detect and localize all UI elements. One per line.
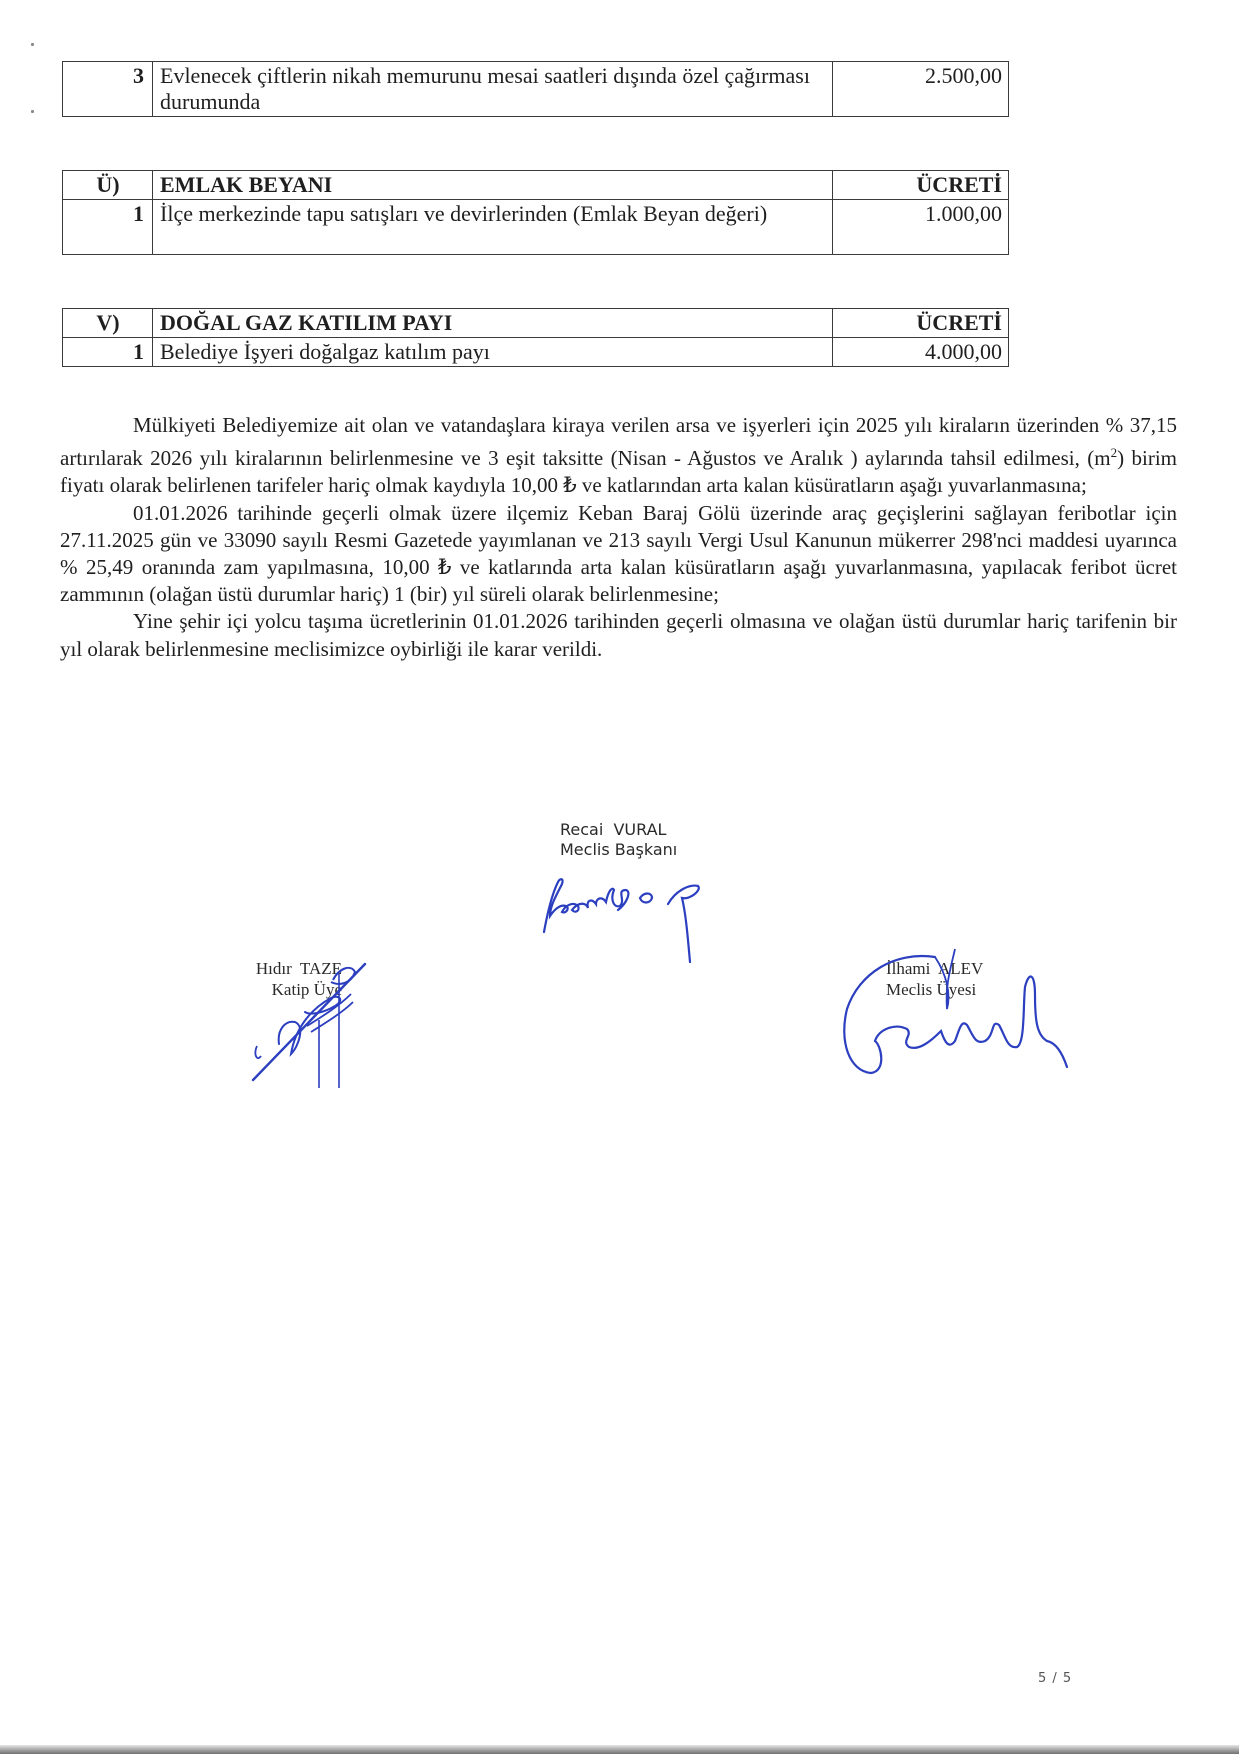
fee-table-continuation: 3 Evlenecek çiftlerin nikah memurunu mes… bbox=[62, 61, 1009, 117]
row-fee: 4.000,00 bbox=[833, 338, 1009, 367]
section-letter: Ü) bbox=[63, 171, 153, 200]
row-number: 3 bbox=[63, 62, 153, 117]
paragraph-ferry-fee: 01.01.2026 tarihinde geçerli olmak üzere… bbox=[60, 500, 1177, 609]
paragraph-rent-increase: Mülkiyeti Belediyemize ait olan ve vatan… bbox=[60, 412, 1177, 500]
row-description: Evlenecek çiftlerin nikah memurunu mesai… bbox=[153, 62, 833, 117]
signatory-name: Recai VURAL bbox=[560, 820, 677, 840]
document-page: 3 Evlenecek çiftlerin nikah memurunu mes… bbox=[0, 0, 1239, 1754]
decision-text: Mülkiyeti Belediyemize ait olan ve vatan… bbox=[60, 412, 1177, 663]
table-header-row: Ü) EMLAK BEYANI ÜCRETİ bbox=[63, 171, 1009, 200]
section-title: EMLAK BEYANI bbox=[153, 171, 833, 200]
fee-column-header: ÜCRETİ bbox=[833, 171, 1009, 200]
table-row: 1 İlçe merkezinde tapu satışları ve devi… bbox=[63, 200, 1009, 255]
section-letter: V) bbox=[63, 309, 153, 338]
table-header-row: V) DOĞAL GAZ KATILIM PAYI ÜCRETİ bbox=[63, 309, 1009, 338]
scan-speck-mark bbox=[31, 110, 34, 113]
signatory-title: Meclis Başkanı bbox=[560, 840, 677, 860]
row-number: 1 bbox=[63, 338, 153, 367]
page-number: 5 / 5 bbox=[1038, 1671, 1072, 1686]
row-description: İlçe merkezinde tapu satışları ve devirl… bbox=[153, 200, 833, 255]
row-description: Belediye İşyeri doğalgaz katılım payı bbox=[153, 338, 833, 367]
row-fee: 2.500,00 bbox=[833, 62, 1009, 117]
scan-edge bbox=[0, 1745, 1239, 1754]
signature-member-icon bbox=[835, 945, 1075, 1085]
row-number: 1 bbox=[63, 200, 153, 255]
fee-table-dogal-gaz: V) DOĞAL GAZ KATILIM PAYI ÜCRETİ 1 Beled… bbox=[62, 308, 1009, 367]
fee-column-header: ÜCRETİ bbox=[833, 309, 1009, 338]
table-row: 3 Evlenecek çiftlerin nikah memurunu mes… bbox=[63, 62, 1009, 117]
section-title: DOĞAL GAZ KATILIM PAYI bbox=[153, 309, 833, 338]
fee-table-emlak-beyani: Ü) EMLAK BEYANI ÜCRETİ 1 İlçe merkezinde… bbox=[62, 170, 1009, 255]
paragraph-text: Mülkiyeti Belediyemize ait olan ve vatan… bbox=[60, 413, 1177, 470]
table-row: 1 Belediye İşyeri doğalgaz katılım payı … bbox=[63, 338, 1009, 367]
signatory-chairman: Recai VURAL Meclis Başkanı bbox=[560, 820, 677, 860]
paragraph-transport-fee: Yine şehir içi yolcu taşıma ücretlerinin… bbox=[60, 608, 1177, 662]
signature-chairman-icon bbox=[530, 860, 790, 970]
signature-clerk-icon bbox=[235, 950, 375, 1090]
scan-speck-mark bbox=[31, 43, 34, 46]
row-fee: 1.000,00 bbox=[833, 200, 1009, 255]
